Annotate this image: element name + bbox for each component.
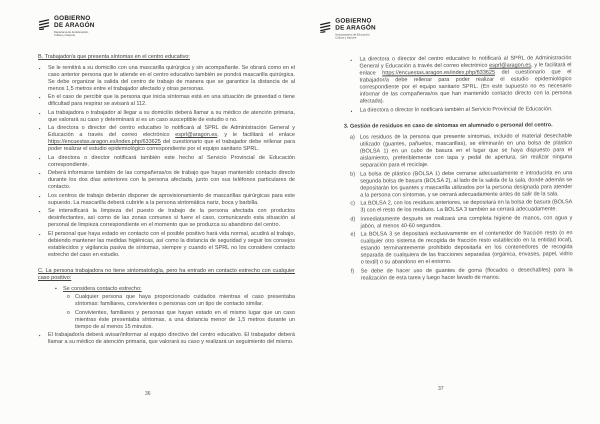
document-page-left: GOBIERNO DE ARAGÓN Departamento de Educa… [38,16,295,348]
section-b-heading: B. Trabajador/a que presenta síntomas en… [38,54,295,61]
contact-definition-label: Se considera contacto estrecho: [63,286,295,293]
letter-marker: d) [350,216,360,230]
section-c-heading: C. La persona trabajadora no tiene sinto… [38,268,295,282]
section-3-heading: 3. Gestión de residuos en caso de síntom… [344,122,572,130]
aragon-logo-icon [319,19,332,38]
page-number-36: 36 [145,391,151,397]
list-item: ▪ Se considera contacto estrecho: [54,286,295,293]
scanned-document-spread: { "chars": { "bullet": "▪", "sub_bullet"… [0,0,600,424]
list-item-with-links: ▪ La directora o director del centro edu… [38,125,295,153]
list-item: ▪ El personal que haya estado en contact… [38,231,295,259]
logo-dept-line2: Cultura y Deporte [335,36,376,39]
aragon-logo-icon [38,16,51,35]
bullet-marker: ▪ [38,193,48,207]
survey-url-link[interactable]: https://encuestas.aragon.es/index.php/63… [382,70,495,77]
survey-url-link[interactable]: https://encuestas.aragon.es/index.php/63… [48,139,161,145]
list-item: ▪ Deberá informarse también de las compa… [38,170,295,191]
sprl-email-link[interactable]: esprl@aragon.es [489,63,531,69]
bullet-marker: ▪ [38,208,48,229]
list-item: ▪ En el caso de percibir que la persona … [38,94,295,108]
letter-marker: e) [350,232,360,267]
bullet-marker: ▪ [38,155,48,169]
list-item: ▪ Se le remitirá a su domicilio con una … [38,65,295,93]
list-item-with-links: ▪ La directora o director del centro edu… [349,55,571,105]
sub-bullet-marker: o [66,294,75,308]
list-item: ▪ Los centros de trabajo deberán dispone… [38,193,295,207]
document-page-right: GOBIERNO DE ARAGÓN Departamento de Educa… [319,17,573,284]
lettered-list-item: c) La BOLSA 2, con los residuos anterior… [350,199,572,214]
letter-marker: f) [351,268,361,282]
list-item: ▪ La trabajadora o trabajador al llegar … [38,110,295,124]
letter-marker: a) [350,135,360,170]
sub-list-item: o Cualquier persona que haya proporciona… [66,294,295,308]
bullet-marker: ▪ [38,332,48,346]
lettered-list-item: f) Se debe de hacer uso de guantes de go… [351,267,573,282]
bullet-marker: ▪ [38,65,48,93]
bullet-marker: ▪ [54,286,63,293]
bullet-marker: ▪ [350,107,360,114]
bullet-marker: ▪ [349,57,359,106]
logo-dept-line2: Cultura y Deporte [54,34,95,37]
lettered-list-item: d) Inmediatamente después se realizará u… [350,215,572,230]
list-item: ▪ Se intensificará la limpieza del puest… [38,208,295,229]
sub-bullet-marker: o [66,310,75,331]
logo-brand-line2: DE ARAGÓN [54,23,95,30]
gobierno-de-aragon-logo: GOBIERNO DE ARAGÓN Departamento de Educa… [319,17,571,40]
bullet-marker: ▪ [38,94,48,108]
letter-marker: c) [350,201,360,215]
list-item: ▪ La directora o director lo notificará … [350,106,572,114]
sub-list-item: o Convivientes, familiares y personas qu… [66,310,295,331]
bullet-marker: ▪ [38,110,48,124]
lettered-list-item: b) La bolsa de plástico (BOLSA 1) debe c… [350,170,572,199]
list-item: ▪ El trabajador/a deberá avisar/informar… [38,332,295,346]
bullet-marker: ▪ [38,231,48,259]
logo-brand-line2: DE ARAGÓN [335,25,376,32]
list-item: ▪ La directora o director notificará tam… [38,155,295,169]
lettered-list-item: a) Los residuos de la persona que presen… [350,133,572,169]
letter-marker: b) [350,171,360,199]
gobierno-de-aragon-logo: GOBIERNO DE ARAGÓN Departamento de Educa… [38,16,295,37]
lettered-list-item: e) La BOLSA 3 se depositará exclusivamen… [350,230,572,266]
bullet-marker: ▪ [38,125,48,153]
page-number-37: 37 [438,386,444,392]
sprl-email-link[interactable]: esprl@aragon.es [175,132,217,138]
bullet-marker: ▪ [38,170,48,191]
